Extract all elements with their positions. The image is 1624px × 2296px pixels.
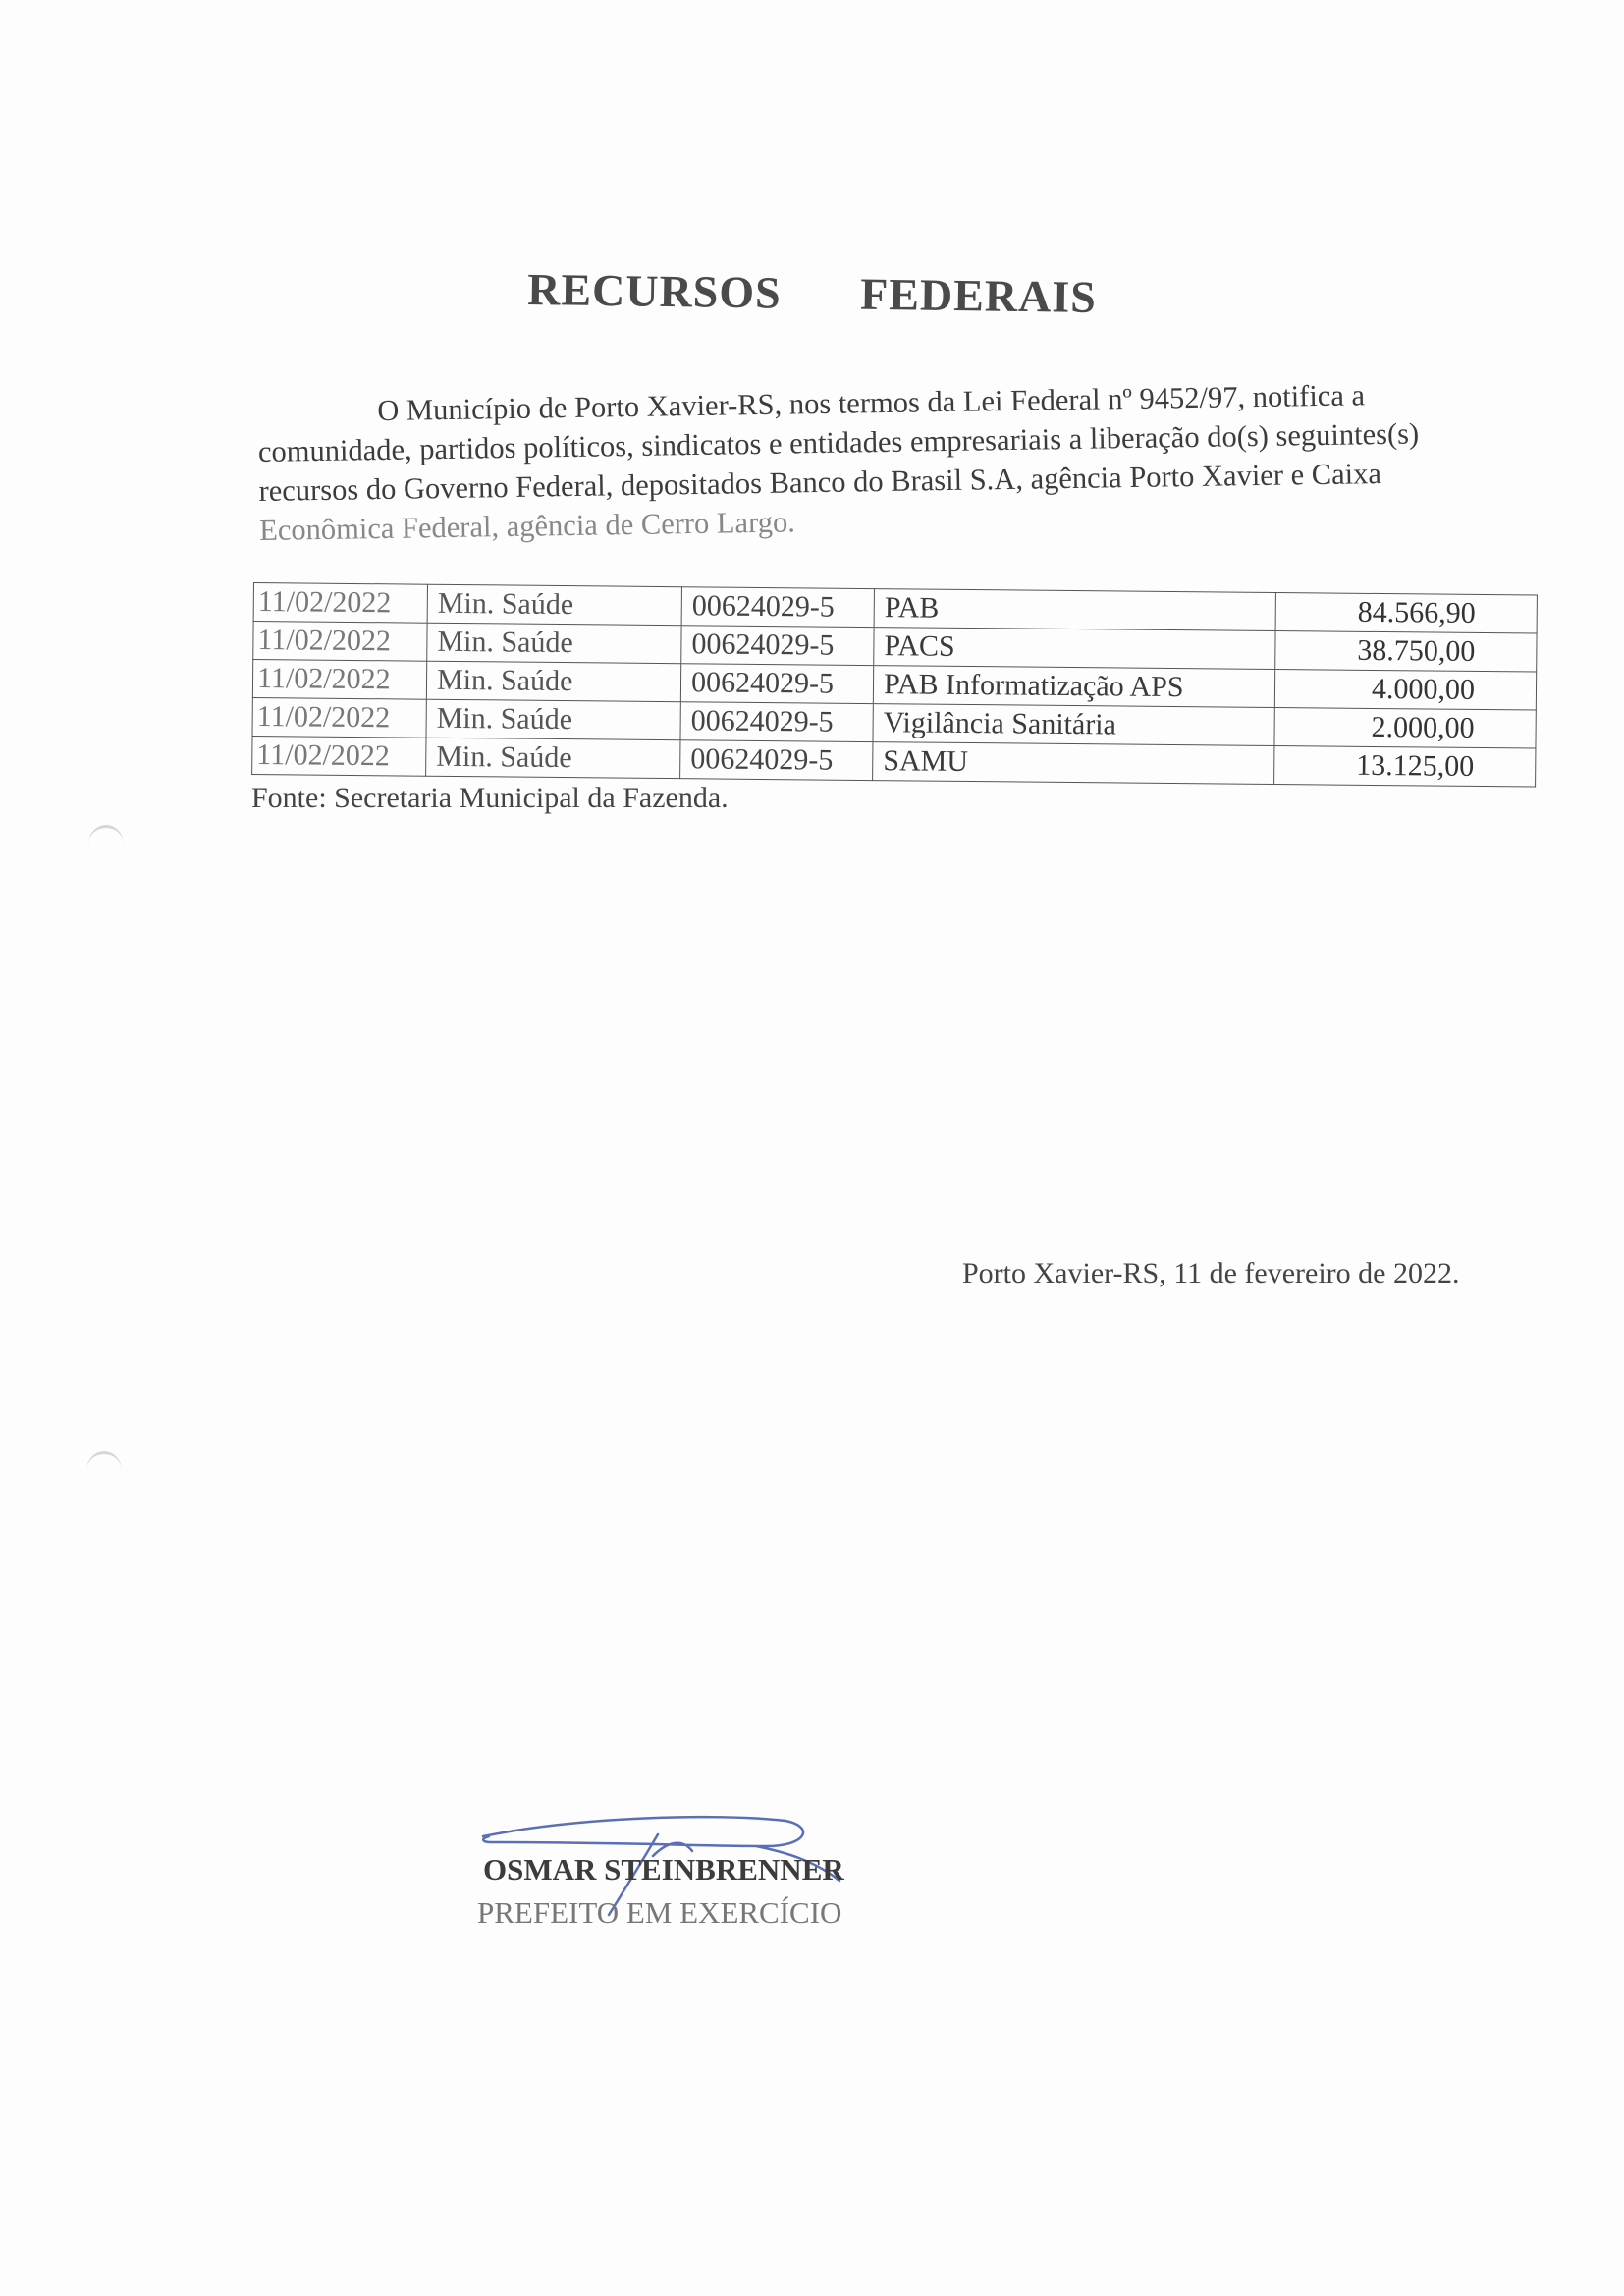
title-word: FEDERAIS (860, 269, 1097, 322)
punch-hole-mark (86, 1451, 122, 1490)
date-cell: 11/02/2022 (253, 622, 427, 662)
date-cell: 11/02/2022 (252, 697, 426, 738)
value-cell: 4.000,00 (1274, 669, 1536, 710)
organ-cell: Min. Saúde (426, 699, 680, 739)
date-cell: 11/02/2022 (252, 660, 426, 700)
organ-cell: Min. Saúde (427, 584, 681, 625)
source-note: Fonte: Secretaria Municipal da Fazenda. (251, 782, 729, 815)
account-cell: 00624029-5 (680, 740, 873, 781)
place-and-date: Porto Xavier-RS, 11 de fevereiro de 2022… (962, 1257, 1459, 1290)
organ-cell: Min. Saúde (426, 661, 680, 701)
program-cell: PAB (874, 589, 1275, 631)
value-cell: 13.125,00 (1274, 745, 1536, 787)
title-word: RECURSOS (527, 264, 782, 318)
account-cell: 00624029-5 (680, 702, 873, 742)
account-cell: 00624029-5 (681, 626, 874, 666)
notice-paragraph: O Município de Porto Xavier-RS, nos term… (257, 373, 1536, 550)
value-cell: 38.750,00 (1275, 630, 1537, 672)
document-title: RECURSOS FEDERAIS (0, 255, 1624, 330)
value-cell: 2.000,00 (1274, 707, 1536, 748)
date-cell: 11/02/2022 (252, 736, 426, 776)
program-cell: Vigilância Sanitária (873, 704, 1274, 746)
value-cell: 84.566,90 (1275, 592, 1537, 633)
signatory-name: OSMAR STEINBRENNER (483, 1852, 844, 1887)
resources-table: 11/02/2022Min. Saúde00624029-5PAB84.566,… (251, 582, 1538, 788)
account-cell: 00624029-5 (681, 587, 874, 628)
organ-cell: Min. Saúde (426, 738, 680, 778)
account-cell: 00624029-5 (680, 664, 873, 704)
program-cell: PAB Informatização APS (873, 666, 1274, 708)
date-cell: 11/02/2022 (253, 583, 427, 624)
program-cell: PACS (874, 628, 1275, 670)
punch-hole-mark (88, 825, 124, 863)
program-cell: SAMU (873, 742, 1274, 785)
organ-cell: Min. Saúde (427, 623, 681, 663)
signatory-role: PREFEITO EM EXERCÍCIO (477, 1895, 841, 1931)
